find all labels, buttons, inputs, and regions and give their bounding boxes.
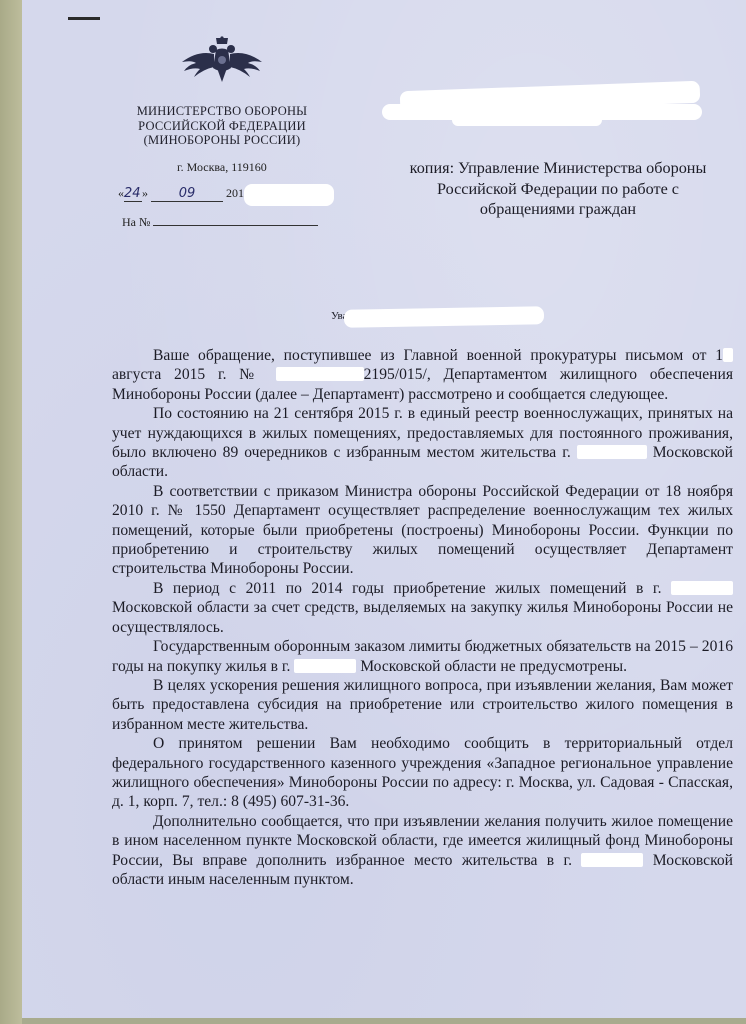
- letter-page: МИНИСТЕРСТВО ОБОРОНЫ РОССИЙСКОЙ ФЕДЕРАЦИ…: [22, 0, 746, 1018]
- date-month-handwritten: 09: [151, 186, 223, 202]
- redacted-salutation-name: [344, 306, 544, 327]
- paragraph: В целях ускорения решения жилищного вопр…: [112, 676, 733, 734]
- redacted-city-name: [581, 853, 643, 867]
- sender-ministry-name: МИНИСТЕРСТВО ОБОРОНЫ РОССИЙСКОЙ ФЕДЕРАЦИ…: [126, 104, 318, 148]
- redacted-document-number: [276, 367, 364, 381]
- redacted-city-name: [577, 445, 647, 459]
- ministry-name-line: (МИНОБОРОНЫ РОССИИ): [126, 133, 318, 148]
- paragraph: Государственным оборонным заказом лимиты…: [112, 637, 733, 676]
- reference-label: На №: [122, 215, 150, 229]
- paragraph: В соответствии с приказом Министра оборо…: [112, 482, 733, 579]
- double-headed-eagle-icon: [180, 36, 264, 86]
- paragraph: Дополнительно сообщается, что при изъявл…: [112, 812, 733, 890]
- scanner-background-edge: [0, 0, 22, 1024]
- copy-line: копия: Управление Министерства обороны: [388, 158, 728, 179]
- copy-line: Российской Федерации по работе с: [388, 179, 728, 200]
- reference-number-line: На №: [122, 213, 318, 230]
- date-day-handwritten: 24: [124, 186, 142, 202]
- reference-number-field: [153, 213, 318, 226]
- copy-recipient-block: копия: Управление Министерства обороны Р…: [388, 158, 728, 220]
- paragraph: О принятом решении Вам необходимо сообщи…: [112, 734, 733, 812]
- redacted-recipient-line-3: [452, 114, 602, 126]
- dash-mark: [68, 17, 100, 20]
- sender-address: г. Москва, 119160: [177, 160, 267, 175]
- ministry-name-line: РОССИЙСКОЙ ФЕДЕРАЦИИ: [126, 119, 318, 134]
- redacted-city-name: [671, 581, 733, 595]
- redacted-outgoing-number: [244, 184, 334, 206]
- copy-line: обращениями граждан: [388, 199, 728, 220]
- redacted-date-digit: [723, 348, 733, 362]
- paragraph: Ваше обращение, поступившее из Главной в…: [112, 346, 733, 404]
- paragraph: В период с 2011 по 2014 годы приобретени…: [112, 579, 733, 637]
- letter-body: Ваше обращение, поступившее из Главной в…: [112, 346, 733, 889]
- scanner-bottom-edge: [22, 1018, 746, 1024]
- date-close-quote: »: [142, 186, 148, 200]
- ministry-name-line: МИНИСТЕРСТВО ОБОРОНЫ: [126, 104, 318, 119]
- redacted-city-name: [294, 659, 356, 673]
- paragraph: По состоянию на 21 сентября 2015 г. в ед…: [112, 404, 733, 482]
